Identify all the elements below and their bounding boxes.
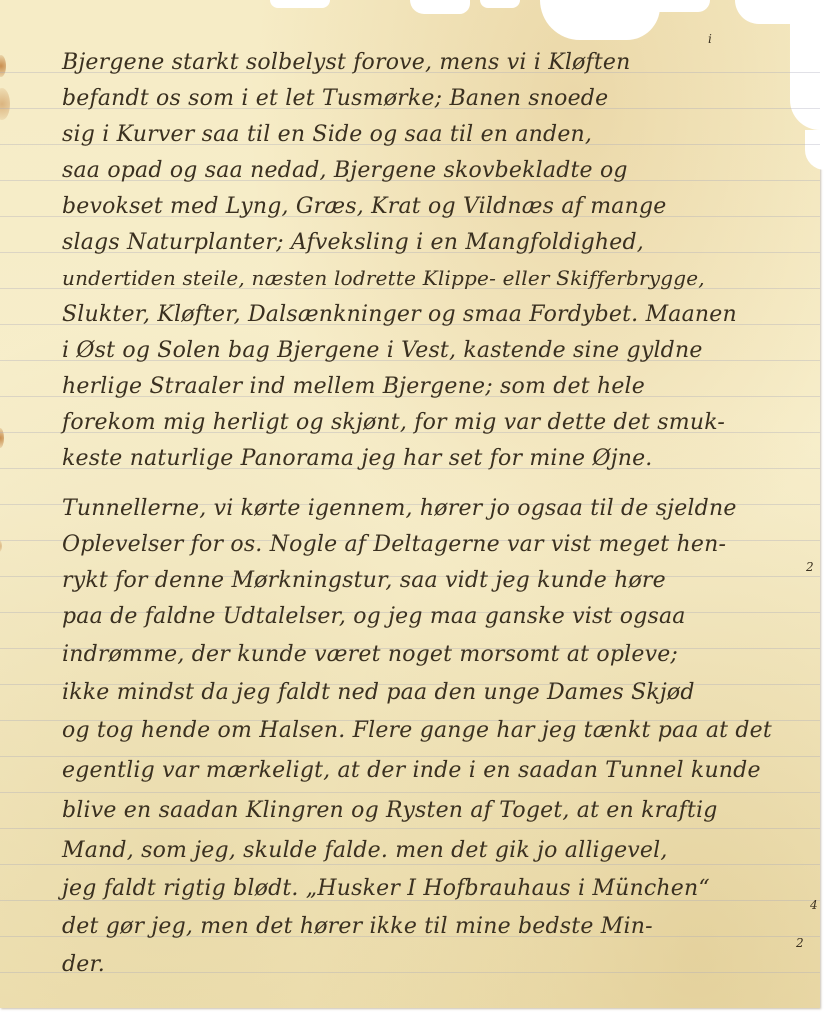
text-line-20: egentlig var mærkeligt, at der inde i en…: [62, 760, 808, 782]
text-line-25: der.: [62, 954, 808, 976]
text-line-18: ikke mindst da jeg faldt ned paa den ung…: [62, 682, 808, 704]
text-line-8: Slukter, Kløfter, Dalsænkninger og smaa …: [62, 304, 808, 326]
text-line-16: paa de faldne Udtalelser, og jeg maa gan…: [62, 606, 808, 628]
text-line-3: sig i Kurver saa til en Side og saa til …: [62, 124, 808, 146]
text-line-4: saa opad og saa nedad, Bjergene skovbekl…: [62, 160, 808, 182]
manuscript-page: Bjergene starkt solbelyst forove, mens v…: [0, 0, 820, 1008]
margin-mark: 2: [796, 936, 804, 950]
text-line-10: herlige Straaler ind mellem Bjergene; so…: [62, 376, 808, 398]
text-line-6: slags Naturplanter; Afveksling i en Mang…: [62, 232, 808, 254]
torn-edge: [805, 130, 825, 170]
margin-mark: 2: [806, 560, 814, 574]
insert-mark: i: [708, 32, 712, 46]
text-line-12: keste naturlige Panorama jeg har set for…: [62, 448, 808, 470]
text-line-23: jeg faldt rigtig blødt. „Husker I Hofbra…: [62, 878, 808, 900]
text-line-21: blive en saadan Klingren og Rysten af To…: [62, 800, 808, 822]
ruled-line: [0, 864, 820, 865]
text-line-17: indrømme, der kunde været noget morsomt …: [62, 644, 808, 666]
text-line-9: i Øst og Solen bag Bjergene i Vest, kast…: [62, 340, 808, 362]
ink-stain: [0, 55, 6, 77]
text-line-19: og tog hende om Halsen. Flere gange har …: [62, 720, 808, 742]
margin-mark: 4: [810, 898, 818, 912]
ink-stain: [0, 540, 2, 552]
text-line-13: Tunnellerne, vi kørte igennem, hører jo …: [62, 498, 808, 520]
text-line-24: det gør jeg, men det hører ikke til mine…: [62, 916, 808, 938]
ink-stain: [0, 428, 4, 448]
text-line-1: Bjergene starkt solbelyst forove, mens v…: [62, 52, 808, 74]
torn-edge: [410, 0, 470, 14]
text-line-11: forekom mig herligt og skjønt, for mig v…: [62, 412, 808, 434]
torn-edge: [480, 0, 520, 8]
ruled-line: [0, 828, 820, 829]
torn-edge: [640, 0, 710, 12]
torn-edge: [270, 0, 330, 8]
text-line-5: bevokset med Lyng, Græs, Krat og Vildnæs…: [62, 196, 808, 218]
text-line-14: Oplevelser for os. Nogle af Deltagerne v…: [62, 534, 808, 556]
text-line-15: rykt for denne Mørkningstur, saa vidt je…: [62, 570, 808, 592]
text-line-7: undertiden steile, næsten lodrette Klipp…: [62, 268, 808, 288]
text-line-2: befandt os som i et let Tusmørke; Banen …: [62, 88, 808, 110]
text-line-22: Mand, som jeg, skulde falde. men det gik…: [62, 840, 808, 862]
ruled-line: [0, 756, 820, 757]
ink-stain: [0, 88, 10, 120]
ruled-line: [0, 792, 820, 793]
